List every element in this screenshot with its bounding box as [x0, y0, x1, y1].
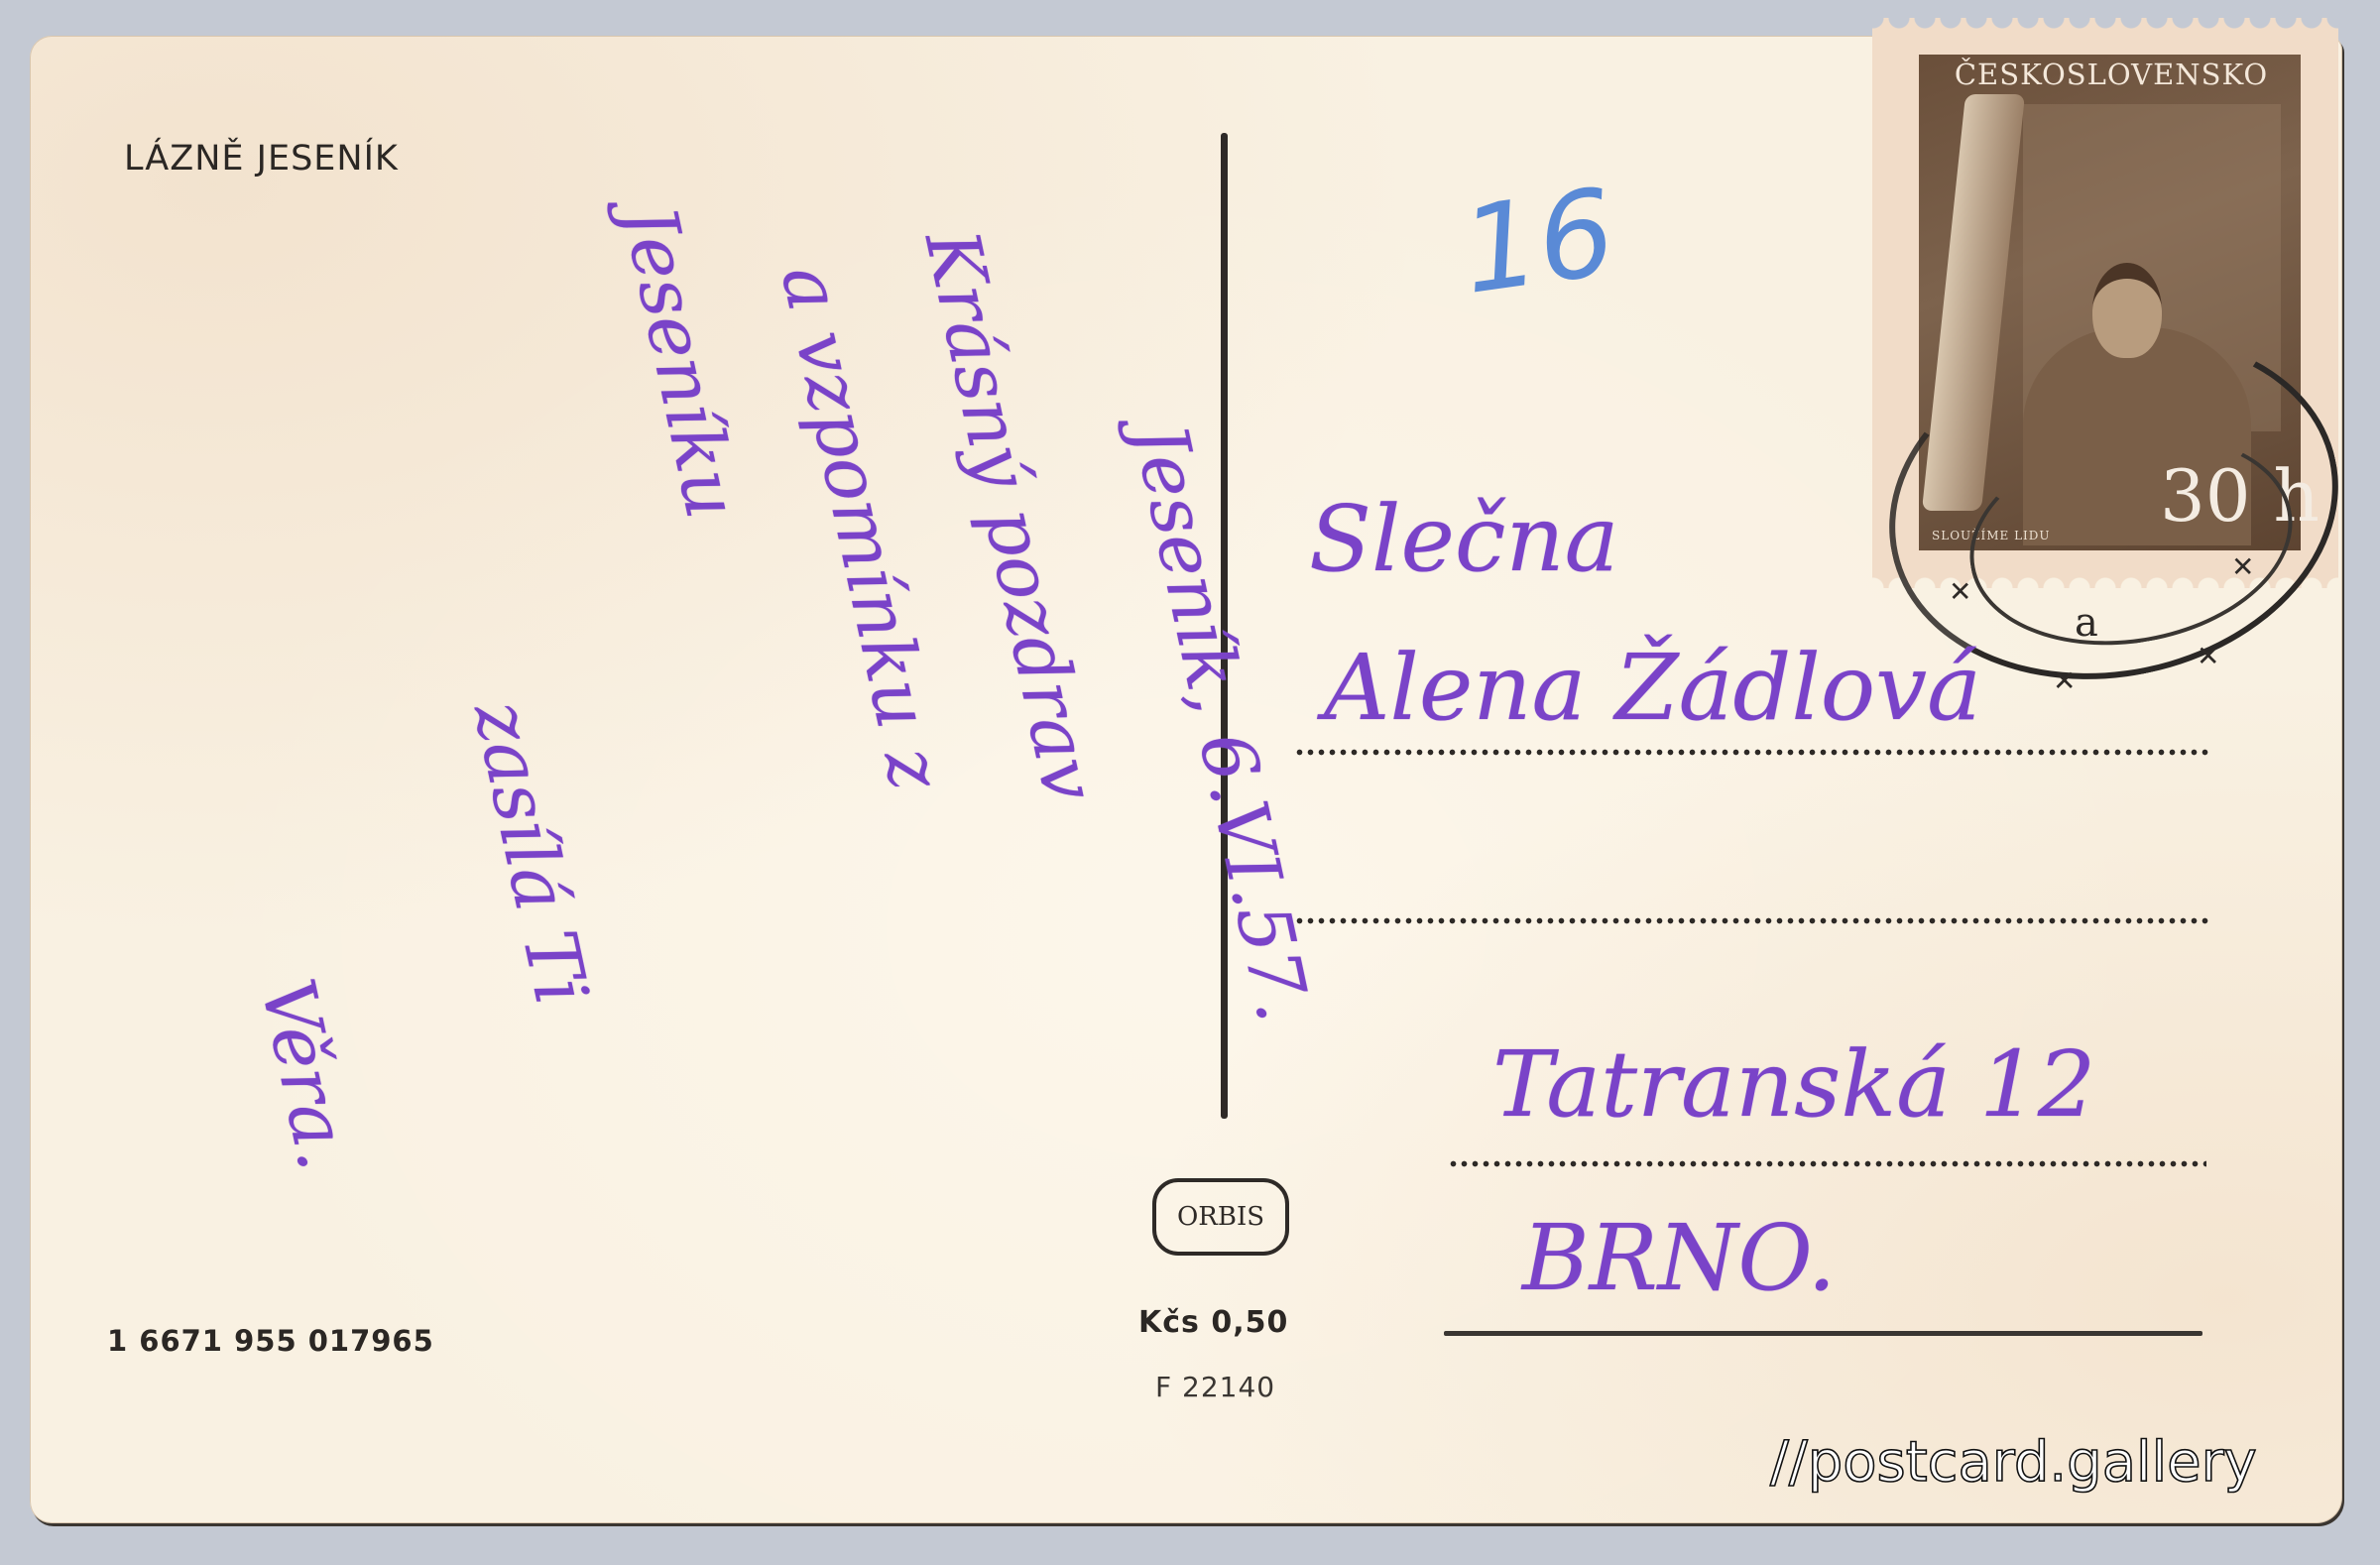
pencil-note: 16: [1454, 164, 1623, 321]
publisher-logo: ORBIS: [1152, 1178, 1289, 1256]
address-line-4: [1444, 1331, 2202, 1336]
watermark: //postcard.gallery: [1770, 1430, 2257, 1495]
address-salutation: Slečna: [1309, 486, 1619, 592]
postmark-letter: a: [2075, 600, 2098, 646]
place-title: LÁZNĚ JESENÍK: [124, 139, 399, 179]
postmark-star-icon: ✕: [2231, 550, 2254, 583]
address-line-3: [1448, 1160, 2206, 1167]
postmark-star-icon: ✕: [2197, 640, 2219, 672]
serial-number: 1 6671 955 017965: [107, 1324, 434, 1358]
stamp-country: ČESKOSLOVENSKO: [1924, 58, 2299, 91]
address-street: Tatranská 12: [1492, 1031, 2095, 1138]
print-code: F 22140: [1155, 1371, 1275, 1403]
postmark-star-icon: ✕: [1949, 575, 1971, 608]
address-line-2: [1294, 917, 2208, 924]
address-city: BRNO.: [1522, 1205, 1837, 1311]
publisher-logo-text: ORBIS: [1177, 1202, 1264, 1232]
address-name: Alena Žádlová: [1324, 635, 1981, 741]
price-label: Kčs 0,50: [1138, 1305, 1288, 1340]
postmark-star-icon: ✕: [2053, 664, 2076, 697]
address-line-1: [1294, 749, 2211, 756]
